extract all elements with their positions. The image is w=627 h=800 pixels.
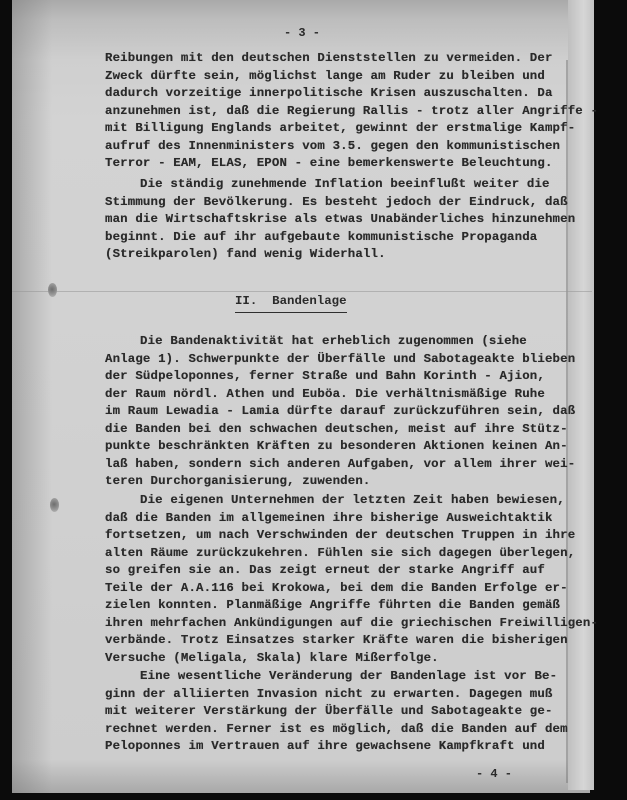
text-line: im Raum Lewadia - Lamia dürfte darauf zu… [105, 403, 575, 421]
text-line: Die Bandenaktivität hat erheblich zugeno… [105, 333, 575, 351]
text-line: Die ständig zunehmende Inflation beeinfl… [105, 176, 575, 194]
text-line: teren Durchorganisierung, zuwenden. [105, 473, 575, 491]
section-heading: II. Bandenlage [235, 294, 347, 313]
punch-hole-top [48, 283, 57, 297]
paragraph-3: Die Bandenaktivität hat erheblich zugeno… [105, 333, 575, 491]
text-line: zielen konnten. Planmäßige Angriffe führ… [105, 597, 575, 615]
text-line: dadurch vorzeitige innerpolitische Krise… [105, 85, 575, 103]
text-line: anzunehmen ist, daß die Regierung Rallis… [105, 103, 575, 121]
text-line: fortsetzen, um nach Verschwinden der deu… [105, 527, 575, 545]
text-line: daß die Banden im allgemeinen ihre bishe… [105, 510, 575, 528]
text-line: Peloponnes im Vertrauen auf ihre gewachs… [105, 738, 575, 756]
paragraph-5: Eine wesentliche Veränderung der Bandenl… [105, 668, 575, 756]
text-line: (Streikparolen) fand wenig Widerhall. [105, 246, 575, 264]
paragraph-1: Reibungen mit den deutschen Dienststelle… [105, 50, 575, 173]
paragraph-2: Die ständig zunehmende Inflation beeinfl… [105, 176, 575, 264]
punch-hole-bottom [50, 498, 59, 512]
text-line: mit Billigung Englands arbeitet, gewinnt… [105, 120, 575, 138]
text-line: verbände. Trotz Einsatzes starker Kräfte… [105, 632, 575, 650]
text-line: der Südpeloponnes, ferner Straße und Bah… [105, 368, 575, 386]
text-line: Zweck dürfte sein, möglichst lange am Ru… [105, 68, 575, 86]
fold-line [12, 291, 592, 292]
text-line: die Banden bei den schwachen deutschen, … [105, 421, 575, 439]
text-line: Teile der A.A.116 bei Krokowa, bei dem d… [105, 580, 575, 598]
text-line: Stimmung der Bevölkerung. Es besteht jed… [105, 194, 575, 212]
text-line: punkte beschränkten Kräften zu besondere… [105, 438, 575, 456]
text-line: Versuche (Meligala, Skala) klare Mißerfo… [105, 650, 575, 668]
text-line: Terror - EAM, ELAS, EPON - eine bemerken… [105, 155, 575, 173]
text-line: Die eigenen Unternehmen der letzten Zeit… [105, 492, 575, 510]
text-line: laß haben, sondern sich anderen Aufgaben… [105, 456, 575, 474]
text-line: mit weiterer Verstärkung der Überfälle u… [105, 703, 575, 721]
text-line: Eine wesentliche Veränderung der Bandenl… [105, 668, 575, 686]
text-line: Reibungen mit den deutschen Dienststelle… [105, 50, 575, 68]
text-line: aufruf des Innenministers vom 3.5. gegen… [105, 138, 575, 156]
text-line: so greifen sie an. Das zeigt erneut der … [105, 562, 575, 580]
page-number-bottom: - 4 - [476, 767, 512, 781]
text-line: alten Räume zurückzukehren. Fühlen sie s… [105, 545, 575, 563]
text-line: rechnet werden. Ferner ist es möglich, d… [105, 721, 575, 739]
text-line: Anlage 1). Schwerpunkte der Überfälle un… [105, 351, 575, 369]
text-line: ihren mehrfachen Ankündigungen auf die g… [105, 615, 575, 633]
text-line: beginnt. Die auf ihr aufgebaute kommunis… [105, 229, 575, 247]
text-line: der Raum nördl. Athen und Euböa. Die ver… [105, 386, 575, 404]
scanned-page-background: - 3 - Reibungen mit den deutschen Dienst… [0, 0, 627, 800]
text-line: man die Wirtschaftskrise als etwas Unabä… [105, 211, 575, 229]
paragraph-4: Die eigenen Unternehmen der letzten Zeit… [105, 492, 575, 667]
page-number-top: - 3 - [284, 26, 320, 40]
text-line: ginn der alliierten Invasion nicht zu er… [105, 686, 575, 704]
